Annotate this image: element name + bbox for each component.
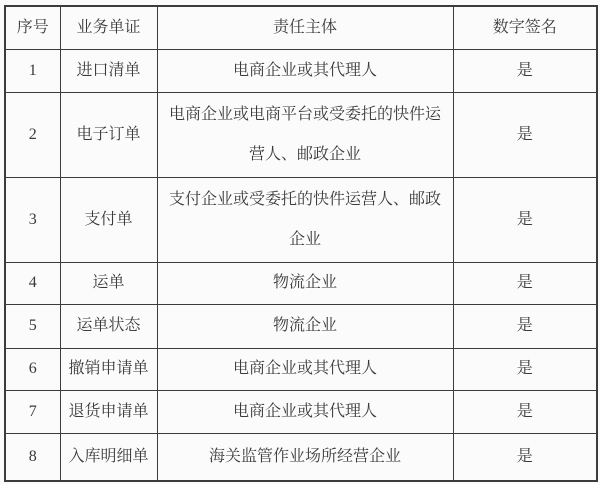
cell-doc: 进口清单 [60, 49, 157, 92]
cell-seq: 1 [5, 49, 60, 92]
cell-doc: 运单状态 [60, 304, 157, 348]
cell-seq: 6 [5, 348, 60, 390]
cell-signature: 是 [453, 49, 597, 92]
header-seq: 序号 [5, 6, 60, 49]
cell-doc: 入库明细单 [60, 433, 157, 481]
cell-entity: 支付企业或受委托的快件运营人、邮政 企业 [157, 177, 453, 262]
table-row: 2 电子订单 电商企业或电商平台或受委托的快件运 营人、邮政企业 是 [5, 92, 597, 177]
cell-entity: 电商企业或其代理人 [157, 390, 453, 433]
table-row: 5 运单状态 物流企业 是 [5, 304, 597, 348]
header-signature: 数字签名 [453, 6, 597, 49]
cell-entity: 电商企业或其代理人 [157, 348, 453, 390]
cell-seq: 8 [5, 433, 60, 481]
cell-entity: 电商企业或其代理人 [157, 49, 453, 92]
table-row: 7 退货申请单 电商企业或其代理人 是 [5, 390, 597, 433]
table-row: 6 撤销申请单 电商企业或其代理人 是 [5, 348, 597, 390]
cell-entity: 物流企业 [157, 262, 453, 304]
table-row: 4 运单 物流企业 是 [5, 262, 597, 304]
cell-seq: 4 [5, 262, 60, 304]
cell-doc: 退货申请单 [60, 390, 157, 433]
cell-signature: 是 [453, 177, 597, 262]
header-doc: 业务单证 [60, 6, 157, 49]
cell-seq: 5 [5, 304, 60, 348]
cell-entity: 海关监管作业场所经营企业 [157, 433, 453, 481]
cell-signature: 是 [453, 304, 597, 348]
cell-doc: 撤销申请单 [60, 348, 157, 390]
document-page: 序号 业务单证 责任主体 数字签名 1 进口清单 电商企业或其代理人 是 2 电… [0, 0, 600, 484]
business-documents-table: 序号 业务单证 责任主体 数字签名 1 进口清单 电商企业或其代理人 是 2 电… [4, 5, 598, 482]
header-row: 序号 业务单证 责任主体 数字签名 [5, 6, 597, 49]
cell-signature: 是 [453, 262, 597, 304]
cell-seq: 2 [5, 92, 60, 177]
cell-doc: 支付单 [60, 177, 157, 262]
cell-seq: 3 [5, 177, 60, 262]
cell-signature: 是 [453, 390, 597, 433]
cell-seq: 7 [5, 390, 60, 433]
cell-doc: 电子订单 [60, 92, 157, 177]
cell-signature: 是 [453, 348, 597, 390]
header-entity: 责任主体 [157, 6, 453, 49]
table-row: 3 支付单 支付企业或受委托的快件运营人、邮政 企业 是 [5, 177, 597, 262]
cell-entity: 物流企业 [157, 304, 453, 348]
table-row: 8 入库明细单 海关监管作业场所经营企业 是 [5, 433, 597, 481]
cell-doc: 运单 [60, 262, 157, 304]
cell-signature: 是 [453, 92, 597, 177]
cell-entity: 电商企业或电商平台或受委托的快件运 营人、邮政企业 [157, 92, 453, 177]
table-row: 1 进口清单 电商企业或其代理人 是 [5, 49, 597, 92]
cell-signature: 是 [453, 433, 597, 481]
